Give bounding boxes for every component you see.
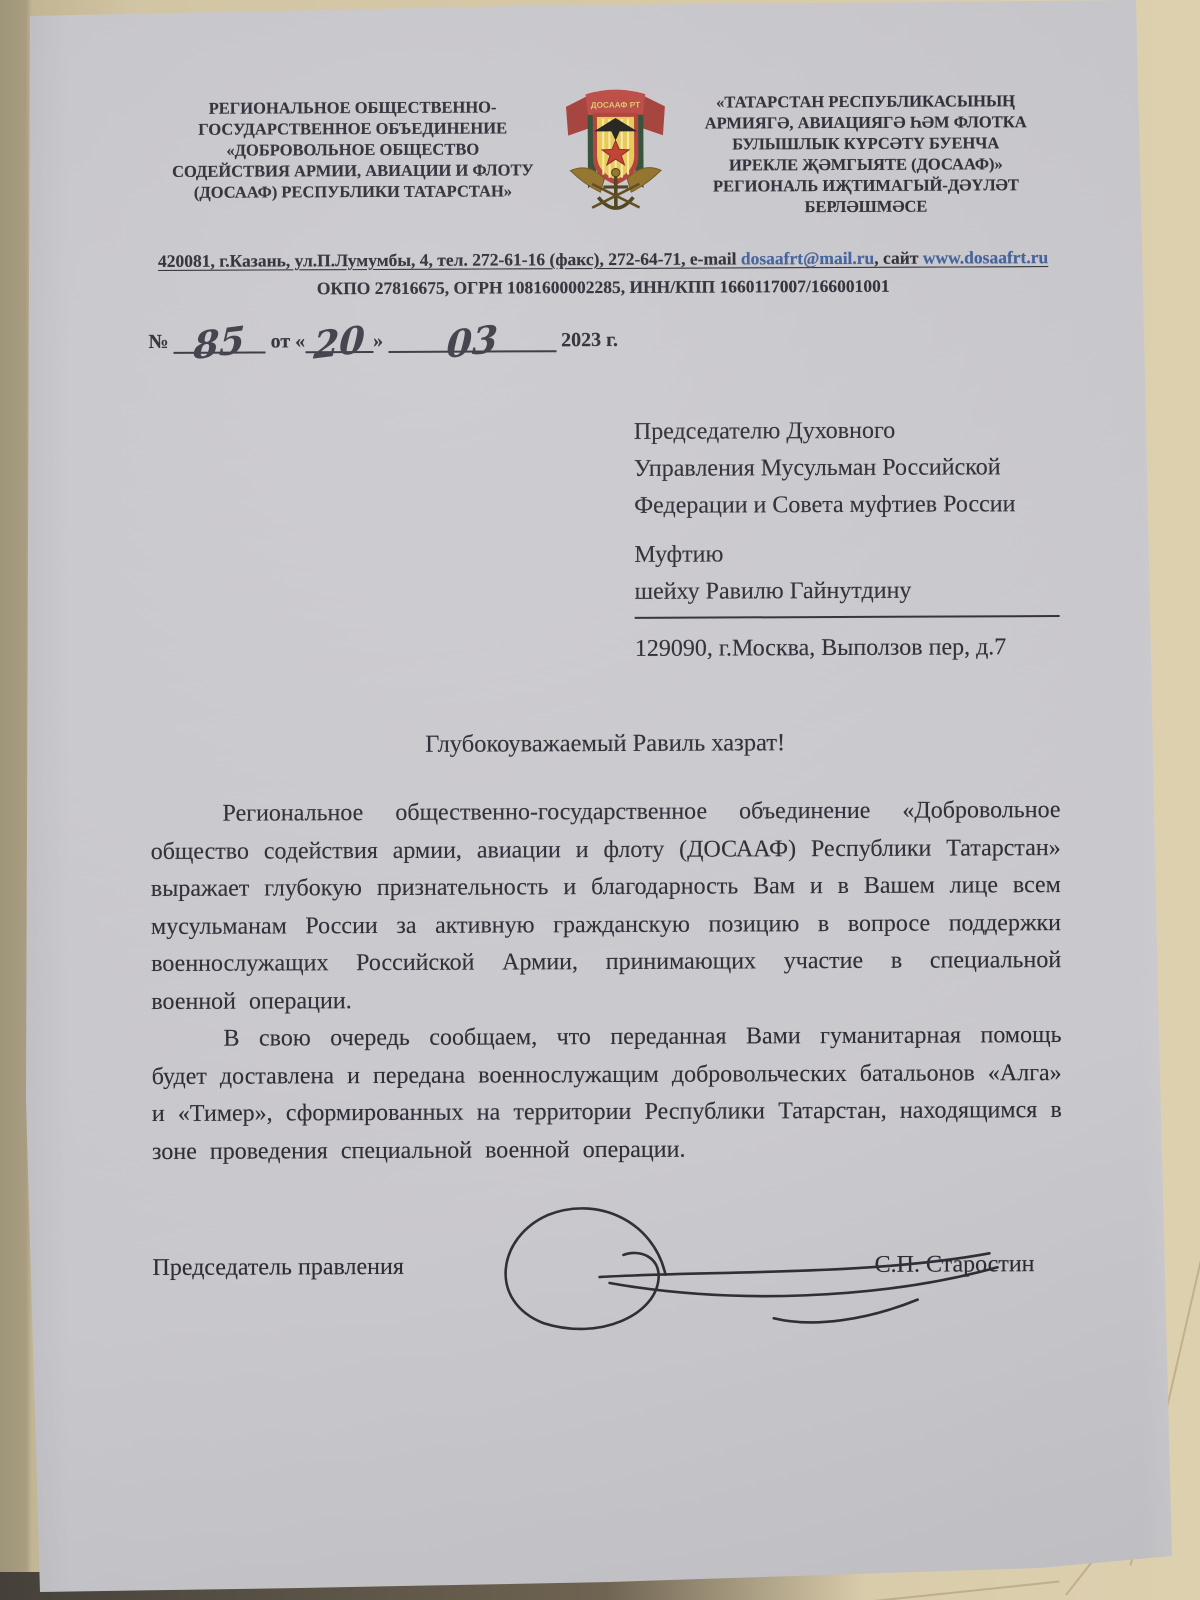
org-name-line: «ТАТАРСТАН РЕСПУБЛИКАСЫНЫҢ bbox=[674, 90, 1058, 113]
body-paragraph-2: В свою очередь сообщаем, что переданная … bbox=[151, 1017, 1062, 1171]
month-field: 03 bbox=[388, 320, 556, 353]
letter-content: РЕГИОНАЛЬНОЕ ОБЩЕСТВЕННО- ГОСУДАРСТВЕННО… bbox=[147, 86, 1062, 1303]
signatory-title: Председатель правления bbox=[152, 1253, 403, 1281]
org-name-line: РЕГИОНАЛЬНОЕ ОБЩЕСТВЕННО- bbox=[147, 96, 557, 119]
closing-quote: » bbox=[373, 330, 383, 352]
email-text: dosaafrt@mail.ru bbox=[741, 248, 875, 269]
dosaaf-emblem-logo: ДОСААФ РТ bbox=[558, 84, 675, 226]
org-name-line: ИРЕКЛЕ ҖӘМГЫЯТЕ (ДОСААФ)» bbox=[674, 153, 1058, 176]
doc-number-field: 85 bbox=[173, 321, 265, 353]
handwritten-month: 03 bbox=[446, 320, 499, 364]
from-label: от « bbox=[271, 330, 306, 352]
handwritten-doc-number: 85 bbox=[193, 321, 246, 365]
recipient-line: Федерации и Совета муфтиев России bbox=[634, 486, 1059, 525]
signature-row: Председатель правления С.П. Старостин bbox=[152, 1229, 1062, 1303]
org-name-line: РЕГИОНАЛЬ ИҖТИМАГЫЙ-ДӘҮЛӘТ bbox=[674, 174, 1058, 197]
reference-number-line: № 85 от «20» 03 2023 г. bbox=[148, 318, 1058, 368]
handwritten-day: 20 bbox=[313, 321, 366, 365]
year-label: 2023 г. bbox=[561, 329, 618, 351]
surface-crease bbox=[840, 1581, 1059, 1600]
number-sign: № bbox=[148, 331, 168, 353]
signatory-name: С.П. Старостин bbox=[875, 1251, 1035, 1279]
org-name-line: АРМИЯГӘ, АВИАЦИЯГӘ ҺӘМ ФЛОТКА bbox=[674, 111, 1058, 134]
website-text: www.dosaafrt.ru bbox=[923, 247, 1049, 268]
org-name-line: БЕРЛӘШМӘСЕ bbox=[674, 195, 1058, 218]
recipient-address: 129090, г.Москва, Выползов пер, д.7 bbox=[635, 629, 1060, 668]
dosaaf-emblem-icon: ДОСААФ РТ bbox=[558, 84, 675, 221]
org-name-line: СОДЕЙСТВИЯ АРМИИ, АВИАЦИИ И ФЛОТУ bbox=[148, 159, 558, 182]
recipient-line: Управления Мусульман Российской bbox=[634, 449, 1059, 488]
contact-info-line: 420081, г.Казань, ул.П.Лумумбы, 4, тел. … bbox=[148, 247, 1058, 272]
day-field: 20 bbox=[305, 321, 373, 353]
postal-address: 420081, г.Казань, ул.П.Лумумбы, 4, тел. … bbox=[158, 248, 741, 271]
letter-sheet: РЕГИОНАЛЬНОЕ ОБЩЕСТВЕННО- ГОСУДАРСТВЕННО… bbox=[0, 0, 1200, 1600]
letterhead: РЕГИОНАЛЬНОЕ ОБЩЕСТВЕННО- ГОСУДАРСТВЕННО… bbox=[147, 86, 1058, 227]
registration-numbers: ОКПО 27816675, ОГРН 1081600002285, ИНН/К… bbox=[148, 275, 1058, 300]
org-name-tatar: «ТАТАРСТАН РЕСПУБЛИКАСЫНЫҢ АРМИЯГӘ, АВИА… bbox=[674, 86, 1058, 218]
svg-text:ДОСААФ РТ: ДОСААФ РТ bbox=[591, 101, 640, 110]
org-name-line: «ДОБРОВОЛЬНОЕ ОБЩЕСТВО bbox=[148, 138, 558, 161]
recipient-line: Председателю Духовного bbox=[634, 412, 1059, 451]
comma-separator: , bbox=[874, 248, 883, 268]
site-label: сайт bbox=[883, 248, 923, 268]
org-name-line: (ДОСААФ) РЕСПУБЛИКИ ТАТАРСТАН» bbox=[148, 180, 558, 203]
salutation: Глубокоуважаемый Равиль хазрат! bbox=[150, 728, 1060, 760]
org-name-russian: РЕГИОНАЛЬНОЕ ОБЩЕСТВЕННО- ГОСУДАРСТВЕННО… bbox=[147, 88, 558, 203]
photographed-letter: РЕГИОНАЛЬНОЕ ОБЩЕСТВЕННО- ГОСУДАРСТВЕННО… bbox=[0, 0, 1200, 1600]
recipient-line: Муфтию bbox=[634, 535, 1059, 574]
recipient-name-underlined: шейху Равилю Гайнутдину bbox=[634, 572, 1059, 619]
recipient-block: Председателю Духовного Управления Мусуль… bbox=[634, 412, 1060, 668]
org-name-line: ГОСУДАРСТВЕННОЕ ОБЪЕДИНЕНИЕ bbox=[147, 117, 557, 140]
org-name-line: БУЛЫШЛЫК КҮРСӘТҮ БУЕНЧА bbox=[674, 132, 1058, 155]
body-paragraph-1: Региональное общественно-государственное… bbox=[150, 792, 1061, 1021]
